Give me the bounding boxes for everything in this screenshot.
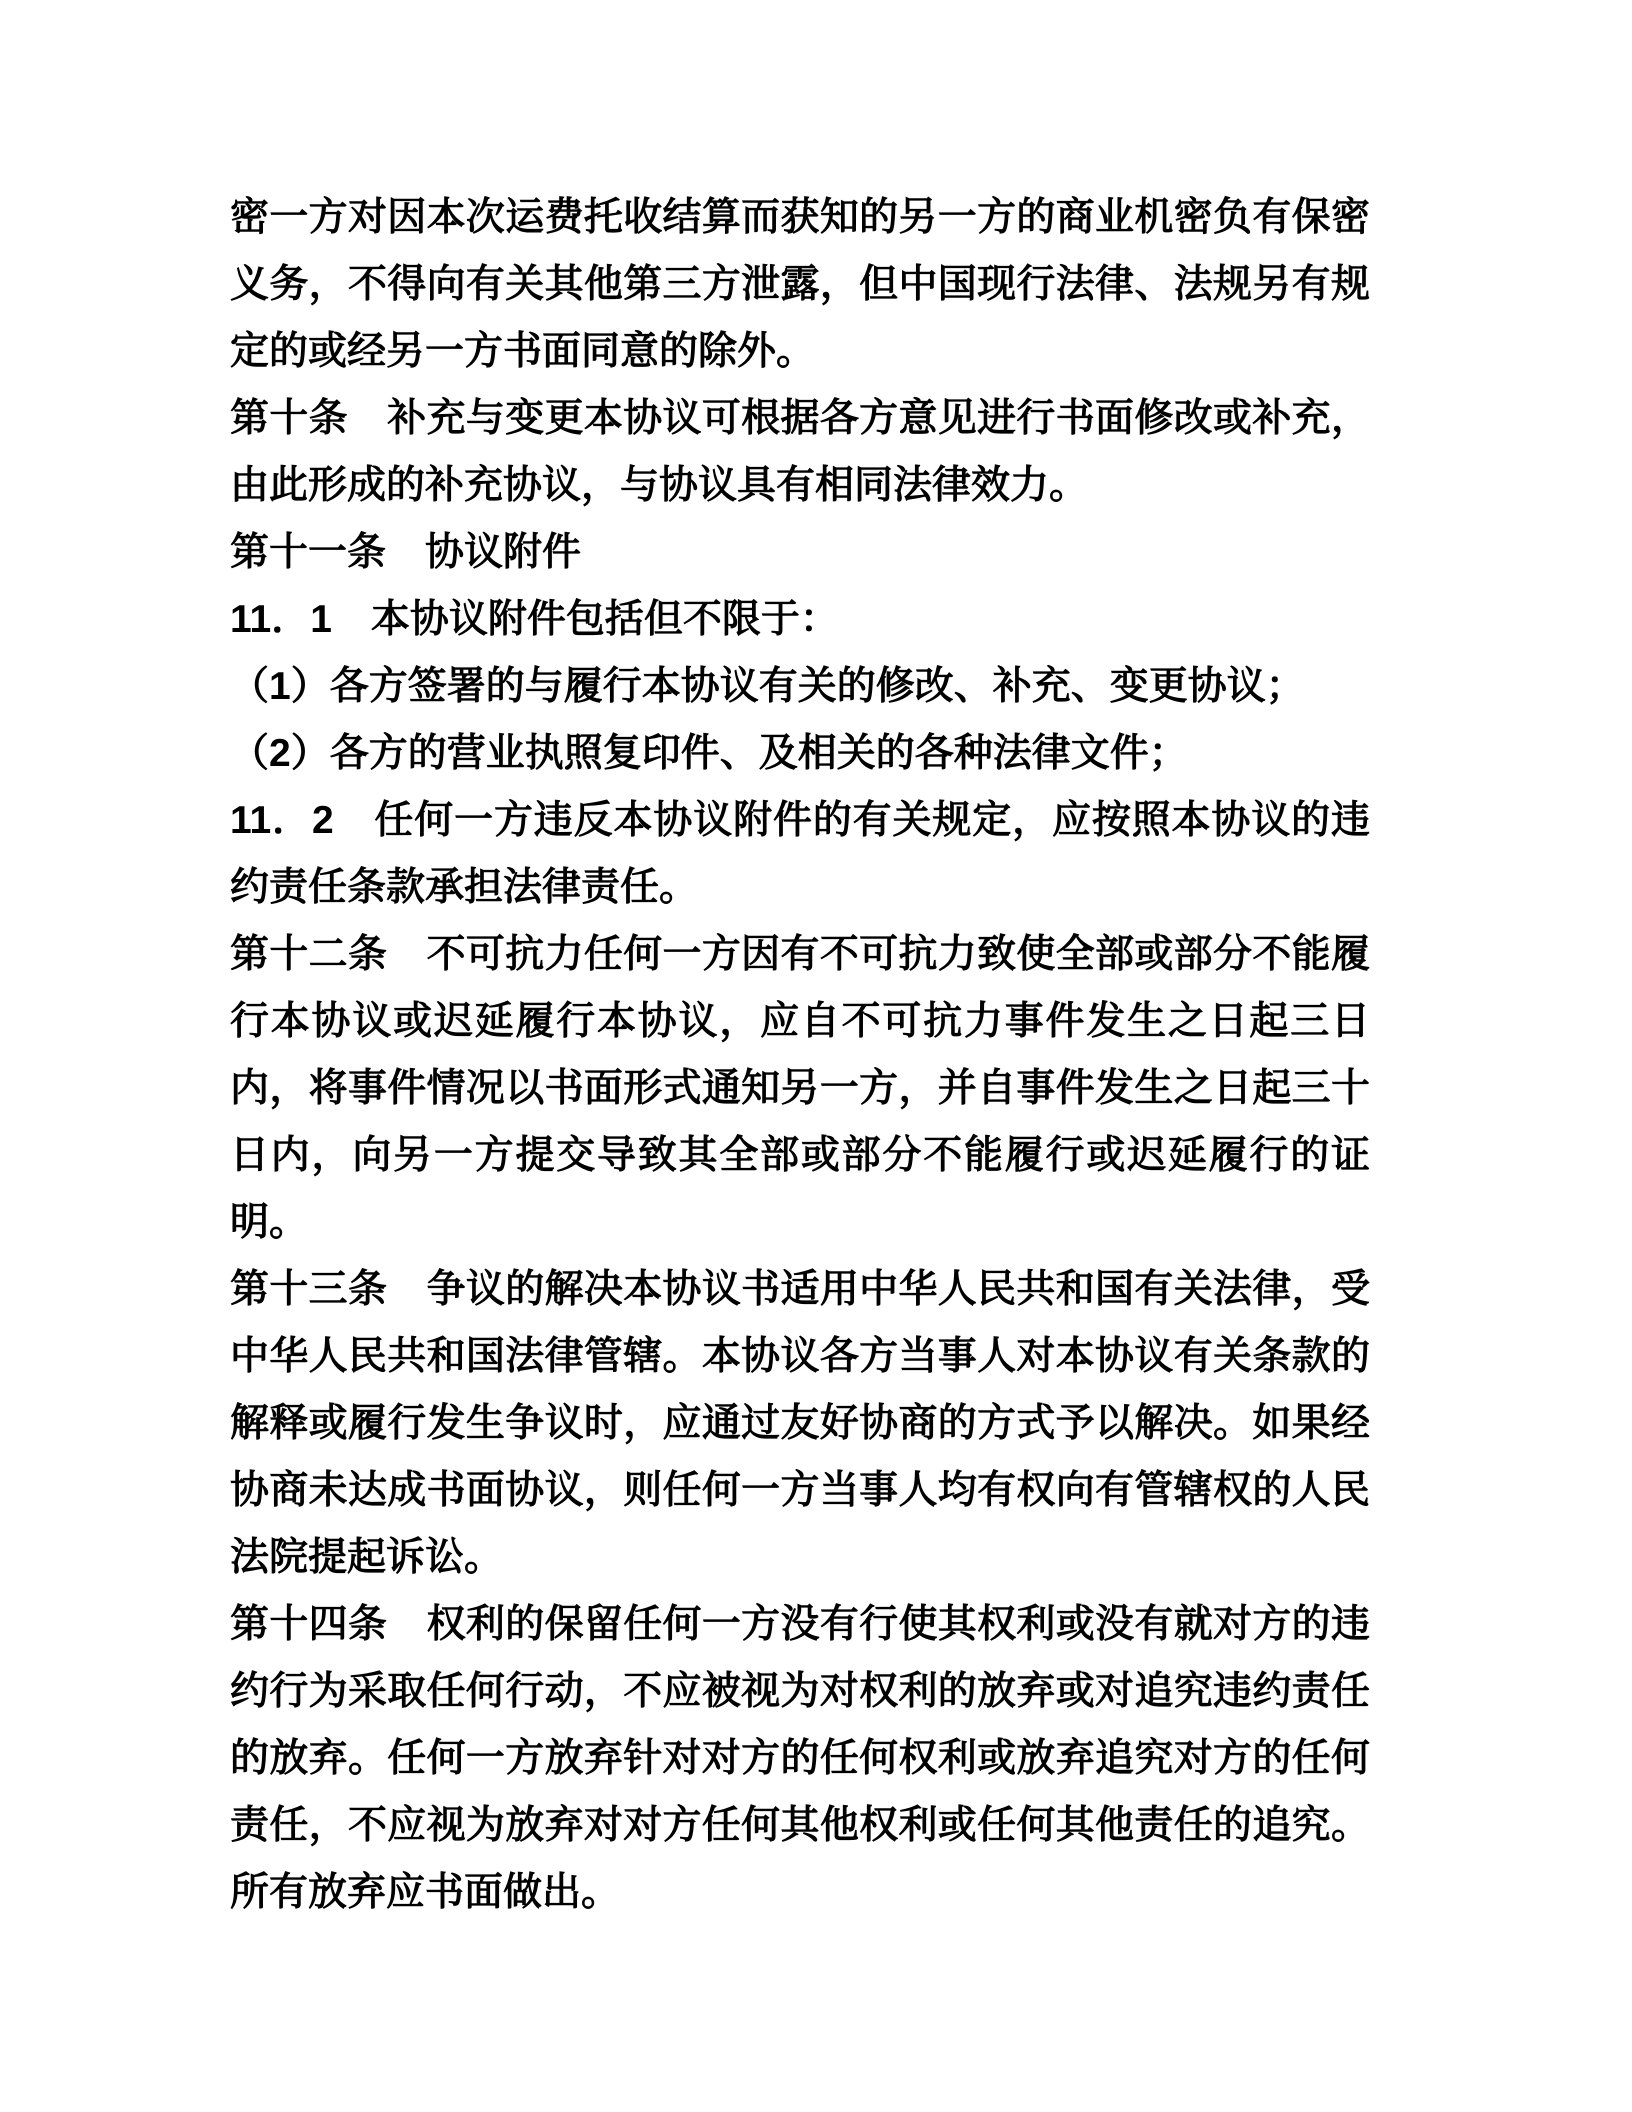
paragraph-article-13-dispute-resolution: 第十三条 争议的解决本协议书适用中华人民共和国有关法律，受中华人民共和国法律管辖… [230, 1256, 1370, 1591]
paragraph-attachment-item-2: （2）各方的营业执照复印件、及相关的各种法律文件； [230, 720, 1370, 787]
paragraph-attachment-item-1: （1）各方签署的与履行本协议有关的修改、补充、变更协议； [230, 653, 1370, 720]
paragraph-clause-11-1: 11．1 本协议附件包括但不限于： [230, 586, 1370, 653]
document-page-background: { "page": { "background_color": "#ffffff… [0, 0, 1632, 2112]
paragraph-confidentiality-continuation: 密一方对因本次运费托收结算而获知的另一方的商业机密负有保密义务，不得向有关其他第… [230, 184, 1370, 385]
paragraph-article-12-force-majeure: 第十二条 不可抗力任何一方因有不可抗力致使全部或部分不能履行本协议或迟延履行本协… [230, 921, 1370, 1256]
paragraph-clause-11-2: 11．2 任何一方违反本协议附件的有关规定，应按照本协议的违约责任条款承担法律责… [230, 787, 1370, 921]
paragraph-article-10-supplement-amendment: 第十条 补充与变更本协议可根据各方意见进行书面修改或补充，由此形成的补充协议，与… [230, 385, 1370, 519]
contract-page: 密一方对因本次运费托收结算而获知的另一方的商业机密负有保密义务，不得向有关其他第… [0, 0, 1632, 2112]
paragraph-article-14-reservation-of-rights: 第十四条 权利的保留任何一方没有行使其权利或没有就对方的违约行为采取任何行动，不… [230, 1591, 1370, 1926]
contract-body-text: 密一方对因本次运费托收结算而获知的另一方的商业机密负有保密义务，不得向有关其他第… [230, 184, 1370, 1926]
paragraph-article-11-attachments-heading: 第十一条 协议附件 [230, 519, 1370, 586]
